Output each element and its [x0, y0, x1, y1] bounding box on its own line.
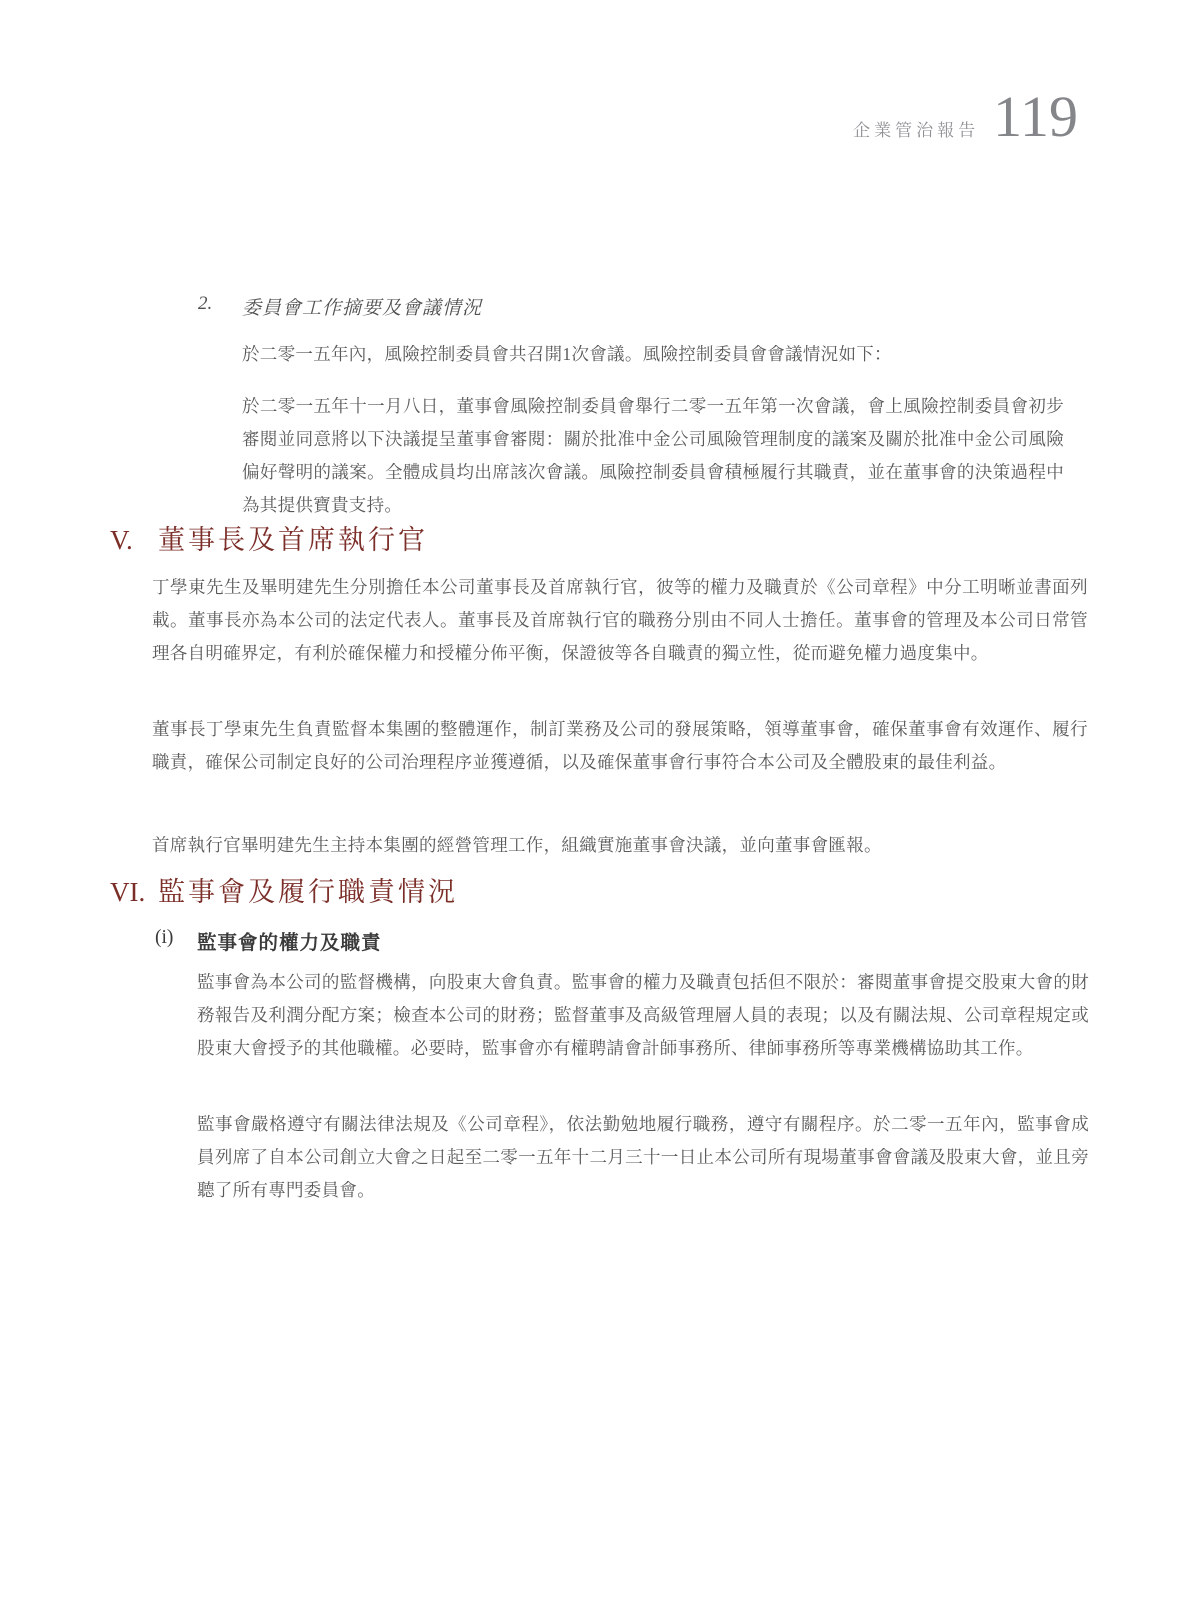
section-v-title: 董事長及首席執行官 [158, 522, 428, 558]
item-2-paragraph-2: 於二零一五年十一月八日，董事會風險控制委員會舉行二零一五年第一次會議，會上風險控… [242, 390, 1064, 522]
item-2-title: 委員會工作摘要及會議情況 [242, 293, 482, 320]
item-2-heading: 2. 委員會工作摘要及會議情況 [198, 293, 482, 320]
section-v-paragraph-3: 首席執行官畢明建先生主持本集團的經營管理工作，組織實施董事會決議，並向董事會匯報… [152, 829, 1088, 862]
page-header: 企業管治報告 119 [853, 88, 1078, 146]
section-vi-title: 監事會及履行職責情況 [158, 874, 458, 910]
section-v-paragraph-2: 董事長丁學東先生負責監督本集團的整體運作，制訂業務及公司的發展策略，領導董事會，… [152, 713, 1088, 779]
subsection-i-paragraph-1: 監事會為本公司的監督機構，向股東大會負責。監事會的權力及職責包括但不限於：審閱董… [197, 966, 1089, 1065]
item-2-paragraph-1: 於二零一五年內，風險控制委員會共召開1次會議。風險控制委員會會議情況如下： [242, 338, 1064, 371]
subsection-i-title: 監事會的權力及職責 [197, 927, 382, 955]
subsection-i-heading: (i) 監事會的權力及職責 [155, 927, 382, 955]
section-vi-number: VI. [110, 874, 158, 910]
section-vi-heading: VI. 監事會及履行職責情況 [110, 874, 458, 910]
section-v-heading: V. 董事長及首席執行官 [110, 522, 428, 558]
section-v-paragraph-1: 丁學東先生及畢明建先生分別擔任本公司董事長及首席執行官，彼等的權力及職責於《公司… [152, 571, 1088, 670]
section-v-number: V. [110, 522, 158, 558]
item-2-number: 2. [198, 293, 242, 320]
subsection-i-paragraph-2: 監事會嚴格遵守有關法律法規及《公司章程》，依法勤勉地履行職務，遵守有關程序。於二… [197, 1108, 1089, 1207]
header-section-label: 企業管治報告 [853, 116, 979, 141]
page-number: 119 [993, 88, 1078, 146]
subsection-i-number: (i) [155, 927, 197, 955]
report-page: 企業管治報告 119 2. 委員會工作摘要及會議情況 於二零一五年內，風險控制委… [0, 0, 1190, 1615]
